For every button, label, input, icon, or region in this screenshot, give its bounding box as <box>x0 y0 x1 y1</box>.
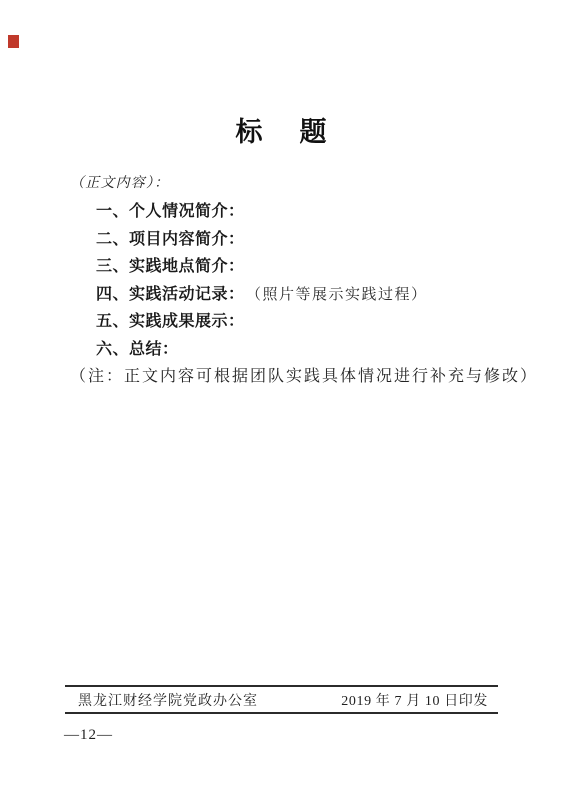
title-char-right: 题 <box>300 116 327 148</box>
outline-item-4-label: 四、实践活动记录： <box>96 286 245 303</box>
footer-rule-bottom <box>65 712 498 714</box>
outline-item-4-annotation: （照片等展示实践过程） <box>254 287 428 303</box>
title-char-left: 标 <box>236 116 263 148</box>
footer-rule-top <box>65 685 498 687</box>
footer-print-date: 2019 年 7 月 10 日印发 <box>341 690 488 710</box>
outline-item-5: 五、实践成果展示： <box>96 308 536 336</box>
document-title: 标 题 <box>0 116 562 148</box>
outline-item-5-label: 五、实践成果展示： <box>96 313 245 330</box>
body-intro-label: （正文内容）： <box>70 174 169 194</box>
body-note: （注：正文内容可根据团队实践具体情况进行补充与修改） <box>70 366 538 388</box>
red-stamp-mark <box>8 35 19 48</box>
outline-item-2: 二、项目内容简介： <box>96 226 536 254</box>
outline-item-6: 六、总结： <box>96 336 536 364</box>
outline-item-3-label: 三、实践地点简介： <box>96 258 245 275</box>
outline-item-list: 一、个人情况简介： 二、项目内容简介： 三、实践地点简介： 四、实践活动记录：（… <box>96 198 536 363</box>
footer-issuer: 黑龙江财经学院党政办公室 <box>78 690 258 710</box>
outline-item-3: 三、实践地点简介： <box>96 253 536 281</box>
outline-item-4: 四、实践活动记录：（照片等展示实践过程） <box>96 281 536 309</box>
outline-item-1: 一、个人情况简介： <box>96 198 536 226</box>
outline-item-2-label: 二、项目内容简介： <box>96 231 245 248</box>
outline-item-1-label: 一、个人情况简介： <box>96 203 245 220</box>
outline-item-6-label: 六、总结： <box>96 341 179 358</box>
footer-imprint-row: 黑龙江财经学院党政办公室 2019 年 7 月 10 日印发 <box>65 688 498 711</box>
page-number: —12— <box>64 727 113 744</box>
document-page: 标 题 （正文内容）： 一、个人情况简介： 二、项目内容简介： 三、实践地点简介… <box>0 0 562 809</box>
